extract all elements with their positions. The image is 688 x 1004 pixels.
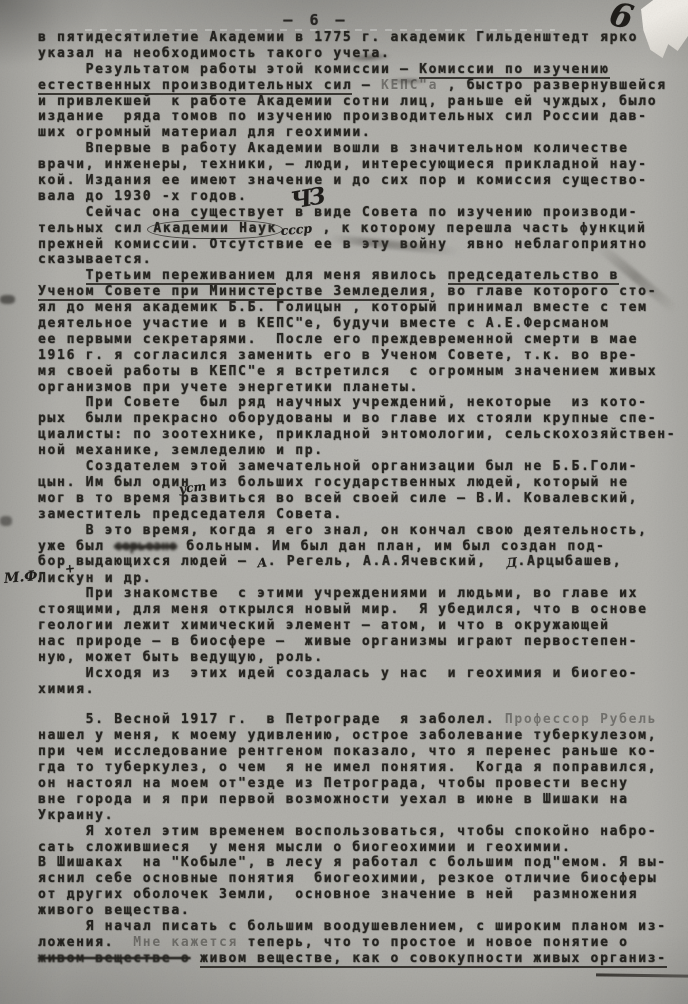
text-segment: ял до меня академик Б.Б. Голицын , котор… bbox=[38, 300, 648, 315]
text-line: уже был серьезно больным. Им был дан пла… bbox=[38, 539, 686, 555]
text-segment: Результатом работы этой комиссии — bbox=[38, 62, 419, 77]
text-segment: — bbox=[352, 78, 381, 93]
text-segment: от других оболочек Земли, основное значе… bbox=[38, 887, 638, 902]
text-line: бор выдающихся людей — А. Регель, А.А.Яч… bbox=[38, 554, 686, 570]
text-line: издание ряда томов по изучению производи… bbox=[38, 109, 686, 125]
text-line: в пятидесятилетие Академии в 1775 г. ака… bbox=[38, 30, 686, 46]
text-segment: Я хотел этим временем воспользоваться, ч… bbox=[38, 824, 657, 839]
text-segment-hws: уст bbox=[179, 482, 180, 496]
text-segment: ших огромный материал для геохимии. bbox=[38, 125, 371, 140]
text-segment: При знакомстве с этими учреждениями и лю… bbox=[38, 586, 638, 601]
text-segment: Исходя из этих идей создалась у нас и ге… bbox=[38, 666, 638, 681]
text-segment: , во главе которого сто- bbox=[429, 284, 658, 299]
text-line: кой. Издания ее имеют значение и до сих … bbox=[38, 173, 686, 189]
text-segment: больным. Им был дан план, им был создан … bbox=[177, 539, 606, 554]
text-segment: .Арцыбашев, bbox=[517, 554, 622, 569]
text-segment: он настоял на моем от"езде из Петрограда… bbox=[38, 776, 629, 791]
text-line: Третьим переживанием для меня явилось пр… bbox=[38, 268, 686, 284]
text-segment: В это время, когда я его знал, он кончал… bbox=[38, 523, 648, 538]
typed-page-number: — 6 — bbox=[0, 11, 660, 29]
text-segment: нас природе — в биосфере — живые организ… bbox=[38, 634, 638, 649]
text-line: 1916 г. я согласился заменить его в Учен… bbox=[38, 348, 686, 364]
text-block: в пятидесятилетие Академии в 1775 г. ака… bbox=[38, 30, 686, 967]
text-segment-f: Профессор Рубель bbox=[505, 712, 657, 727]
text-segment: тельных сил bbox=[38, 221, 152, 236]
text-line: мя своей работы в КЕПС"е я встретился с … bbox=[38, 364, 686, 380]
text-line: В это время, когда я его знал, он кончал… bbox=[38, 523, 686, 539]
text-segment-u: Ученом Совете при Министерстве Земледели… bbox=[38, 284, 429, 301]
text-line: Создателем этой замечательной организаци… bbox=[38, 459, 686, 475]
text-segment: и привлекшей к работе Академии сотни лиц… bbox=[38, 94, 657, 109]
text-line: нас природе — в биосфере — живые организ… bbox=[38, 634, 686, 650]
text-line: сказывается. bbox=[38, 252, 686, 268]
text-segment-u: председательство в bbox=[448, 268, 619, 285]
text-segment: Впервые в работу Академии вошли в значит… bbox=[38, 141, 629, 156]
text-segment: ее первыми секретарями. После его прежде… bbox=[38, 332, 638, 347]
text-line: Впервые в работу Академии вошли в значит… bbox=[38, 141, 686, 157]
text-segment: для меня явилось bbox=[276, 268, 447, 283]
text-line: при чем исследование рентгеном показало,… bbox=[38, 744, 686, 760]
text-segment: 1916 г. я согласился заменить его в Учен… bbox=[38, 348, 638, 363]
text-line: геологии лежит химический элемент — атом… bbox=[38, 618, 686, 634]
text-segment-x: серьезно bbox=[114, 539, 177, 554]
text-segment: сать сложившиеся у меня мысли о биогеохи… bbox=[38, 840, 572, 855]
text-line: Украину. bbox=[38, 808, 686, 824]
text-line: Ученом Совете при Министерстве Земледели… bbox=[38, 284, 686, 300]
text-line: циалисты: по зоотехнике, прикладной энто… bbox=[38, 427, 686, 443]
text-segment: ную, может быть ведущую, роль. bbox=[38, 650, 324, 665]
text-segment: В Шишаках на "Кобыле", в лесу я работал … bbox=[38, 855, 667, 870]
text-line: гда то туберкулез, о чем я не имел понят… bbox=[38, 760, 686, 776]
edge-ink-mark bbox=[0, 516, 12, 526]
text-line: Исходя из этих идей создалась у нас и ге… bbox=[38, 666, 686, 682]
text-line: ее первыми секретарями. После его прежде… bbox=[38, 332, 686, 348]
text-segment-hw: ссср bbox=[280, 222, 312, 239]
text-segment-u: естественных производительных сил bbox=[38, 78, 352, 95]
text-line: цын. Им был один из больших государствен… bbox=[38, 475, 686, 491]
text-segment: гда то туберкулез, о чем я не имел понят… bbox=[38, 760, 657, 775]
text-line: При знакомстве с этими учреждениями и лю… bbox=[38, 586, 686, 602]
text-line: ную, может быть ведущую, роль. bbox=[38, 650, 686, 666]
text-segment: Я начал писать с большим воодушевлением,… bbox=[38, 919, 667, 934]
text-segment-f: Мне кажется bbox=[133, 935, 238, 950]
text-segment: яснил себе основные понятия биогеохимии,… bbox=[38, 871, 657, 886]
text-segment: цын. Им был один из больших государствен… bbox=[38, 475, 629, 490]
text-segment: , к которому перешла часть функций bbox=[313, 221, 646, 236]
text-segment: ной механике, земледелию и пр. bbox=[38, 443, 324, 458]
text-segment: стоящими, для меня открылся новый мир. Я… bbox=[38, 602, 648, 617]
text-segment: при чем исследование рентгеном показало,… bbox=[38, 744, 657, 759]
text-line: Я начал писать с большим воодушевлением,… bbox=[38, 919, 686, 935]
text-line: 5. Весной 1917 г. в Петрограде я заболел… bbox=[38, 712, 686, 728]
text-segment-hw: А bbox=[257, 556, 268, 571]
text-line: М.Ф.Лискун+ и др. bbox=[38, 570, 686, 586]
text-segment: рых были прекрасно оборудованы и во глав… bbox=[38, 411, 657, 426]
text-line: стоящими, для меня открылся новый мир. Я… bbox=[38, 602, 686, 618]
text-segment: 5. bbox=[38, 712, 114, 727]
text-line: живого вещества. bbox=[38, 903, 686, 919]
text-line: тельных сил Академии Наукссср , к которо… bbox=[38, 221, 686, 237]
text-line: яснил себе основные понятия биогеохимии,… bbox=[38, 871, 686, 887]
ink-smudge bbox=[386, 77, 430, 85]
text-segment: врачи, инженеры, техники, — люди, интере… bbox=[38, 157, 648, 172]
text-line: организмов при учете энергетики планеты. bbox=[38, 380, 686, 396]
text-line: ной механике, земледелию и пр. bbox=[38, 443, 686, 459]
text-segment: геологии лежит химический элемент — атом… bbox=[38, 618, 610, 633]
text-segment: химия. bbox=[38, 682, 95, 697]
text-segment-hws: + bbox=[64, 562, 65, 576]
text-segment: организмов при учете энергетики планеты. bbox=[38, 380, 419, 395]
text-segment-u: Третьим переживанием bbox=[86, 268, 277, 285]
text-segment: . Регель, А.А.Ячевский, bbox=[268, 554, 506, 569]
text-line: ял до меня академик Б.Б. Голицын , котор… bbox=[38, 300, 686, 316]
text-segment: в пятидесятилетие Академии в 1775 г. ака… bbox=[38, 30, 638, 45]
text-segment: деятельное участие и в КЕПС"е, будучи вм… bbox=[38, 316, 610, 331]
text-line: вала до 1930 -х годов. bbox=[38, 189, 686, 205]
text-segment: вне города и я при первой возможности уе… bbox=[38, 792, 629, 807]
text-line: он настоял на моем от"езде из Петрограда… bbox=[38, 776, 686, 792]
text-line: от других оболочек Земли, основное значе… bbox=[38, 887, 686, 903]
text-segment: мя своей работы в КЕПС"е я встретился с … bbox=[38, 364, 657, 379]
text-segment: Украину. bbox=[38, 808, 114, 823]
underline-extension bbox=[596, 973, 688, 977]
text-line: нашел у меня, к моему удивлению, острое … bbox=[38, 728, 686, 744]
text-segment: живого вещества. bbox=[38, 903, 190, 918]
text-line: естественных производительных сил — КЕПС… bbox=[38, 78, 686, 94]
text-segment-hwm: М.Ф. bbox=[3, 571, 4, 587]
text-segment-u: Комиссии по изучению bbox=[419, 62, 610, 79]
text-segment: кой. Издания ее имеют значение и до сих … bbox=[38, 173, 648, 188]
text-line: вне города и я при первой возможности уе… bbox=[38, 792, 686, 808]
edge-ink-mark bbox=[0, 295, 15, 304]
text-line: живом веществе о живом веществе, как о с… bbox=[38, 951, 686, 967]
text-segment: циалисты: по зоотехнике, прикладной энто… bbox=[38, 427, 676, 442]
text-segment: Весной 1917 г. в Петрограде я заболел. bbox=[114, 712, 505, 727]
ink-squiggle-annotation: ЧЗ bbox=[289, 182, 325, 214]
text-segment: нашел у меня, к моему удивлению, острое … bbox=[38, 728, 657, 743]
text-line: ших огромный материал для геохимии. bbox=[38, 125, 686, 141]
text-line: рых были прекрасно оборудованы и во глав… bbox=[38, 411, 686, 427]
text-segment: виться во всей своей силе — В.И. Ковалев… bbox=[209, 491, 638, 506]
text-line: мог в то время разуствиться во всей свое… bbox=[38, 491, 686, 507]
text-segment-hw: Д bbox=[506, 556, 518, 571]
text-segment: Создателем этой замечательной организаци… bbox=[38, 459, 638, 474]
text-line: химия. bbox=[38, 682, 686, 698]
text-segment: заместитель председателя Совета. bbox=[38, 507, 343, 522]
text-segment: издание ряда томов по изучению производи… bbox=[38, 109, 648, 124]
text-segment: уже был bbox=[38, 539, 114, 554]
text-segment: Сейчас она существует в виде Совета по и… bbox=[38, 205, 638, 220]
document-page: 6 — 6 — в пятидесятилетие Академии в 177… bbox=[0, 0, 688, 1004]
text-segment bbox=[38, 268, 86, 283]
text-segment-u: живом веществе, как о совокупности живых… bbox=[200, 951, 667, 968]
text-line: ложения. Мне кажется теперь, что то прос… bbox=[38, 935, 686, 951]
text-segment: и др. bbox=[95, 571, 152, 586]
text-line: В Шишаках на "Кобыле", в лесу я работал … bbox=[38, 855, 686, 871]
text-line: При Совете был ряд научных учреждений, н… bbox=[38, 395, 686, 411]
text-segment: ложения. bbox=[38, 935, 133, 950]
text-line: врачи, инженеры, техники, — люди, интере… bbox=[38, 157, 686, 173]
text-segment: теперь, что то простое и новое понятие о bbox=[238, 935, 629, 950]
text-segment: , быстро развернувшейся bbox=[438, 78, 667, 93]
text-line: Результатом работы этой комиссии — Комис… bbox=[38, 62, 686, 78]
text-line: заместитель председателя Совета. bbox=[38, 507, 686, 523]
text-segment: указал на необходимость такого учета. bbox=[38, 46, 391, 61]
text-segment bbox=[190, 951, 200, 966]
text-segment: вала до 1930 -х годов. bbox=[38, 189, 248, 204]
text-line: Я хотел этим временем воспользоваться, ч… bbox=[38, 824, 686, 840]
text-segment-st: живом веществе о bbox=[38, 951, 190, 966]
text-line: сать сложившиеся у меня мысли о биогеохи… bbox=[38, 840, 686, 856]
text-line: и привлекшей к работе Академии сотни лиц… bbox=[38, 94, 686, 110]
text-segment: При Совете был ряд научных учреждений, н… bbox=[38, 395, 648, 410]
text-line: Сейчас она существует в виде Совета по и… bbox=[38, 205, 686, 221]
text-line: деятельное участие и в КЕПС"е, будучи вм… bbox=[38, 316, 686, 332]
text-segment: сказывается. bbox=[38, 252, 152, 267]
